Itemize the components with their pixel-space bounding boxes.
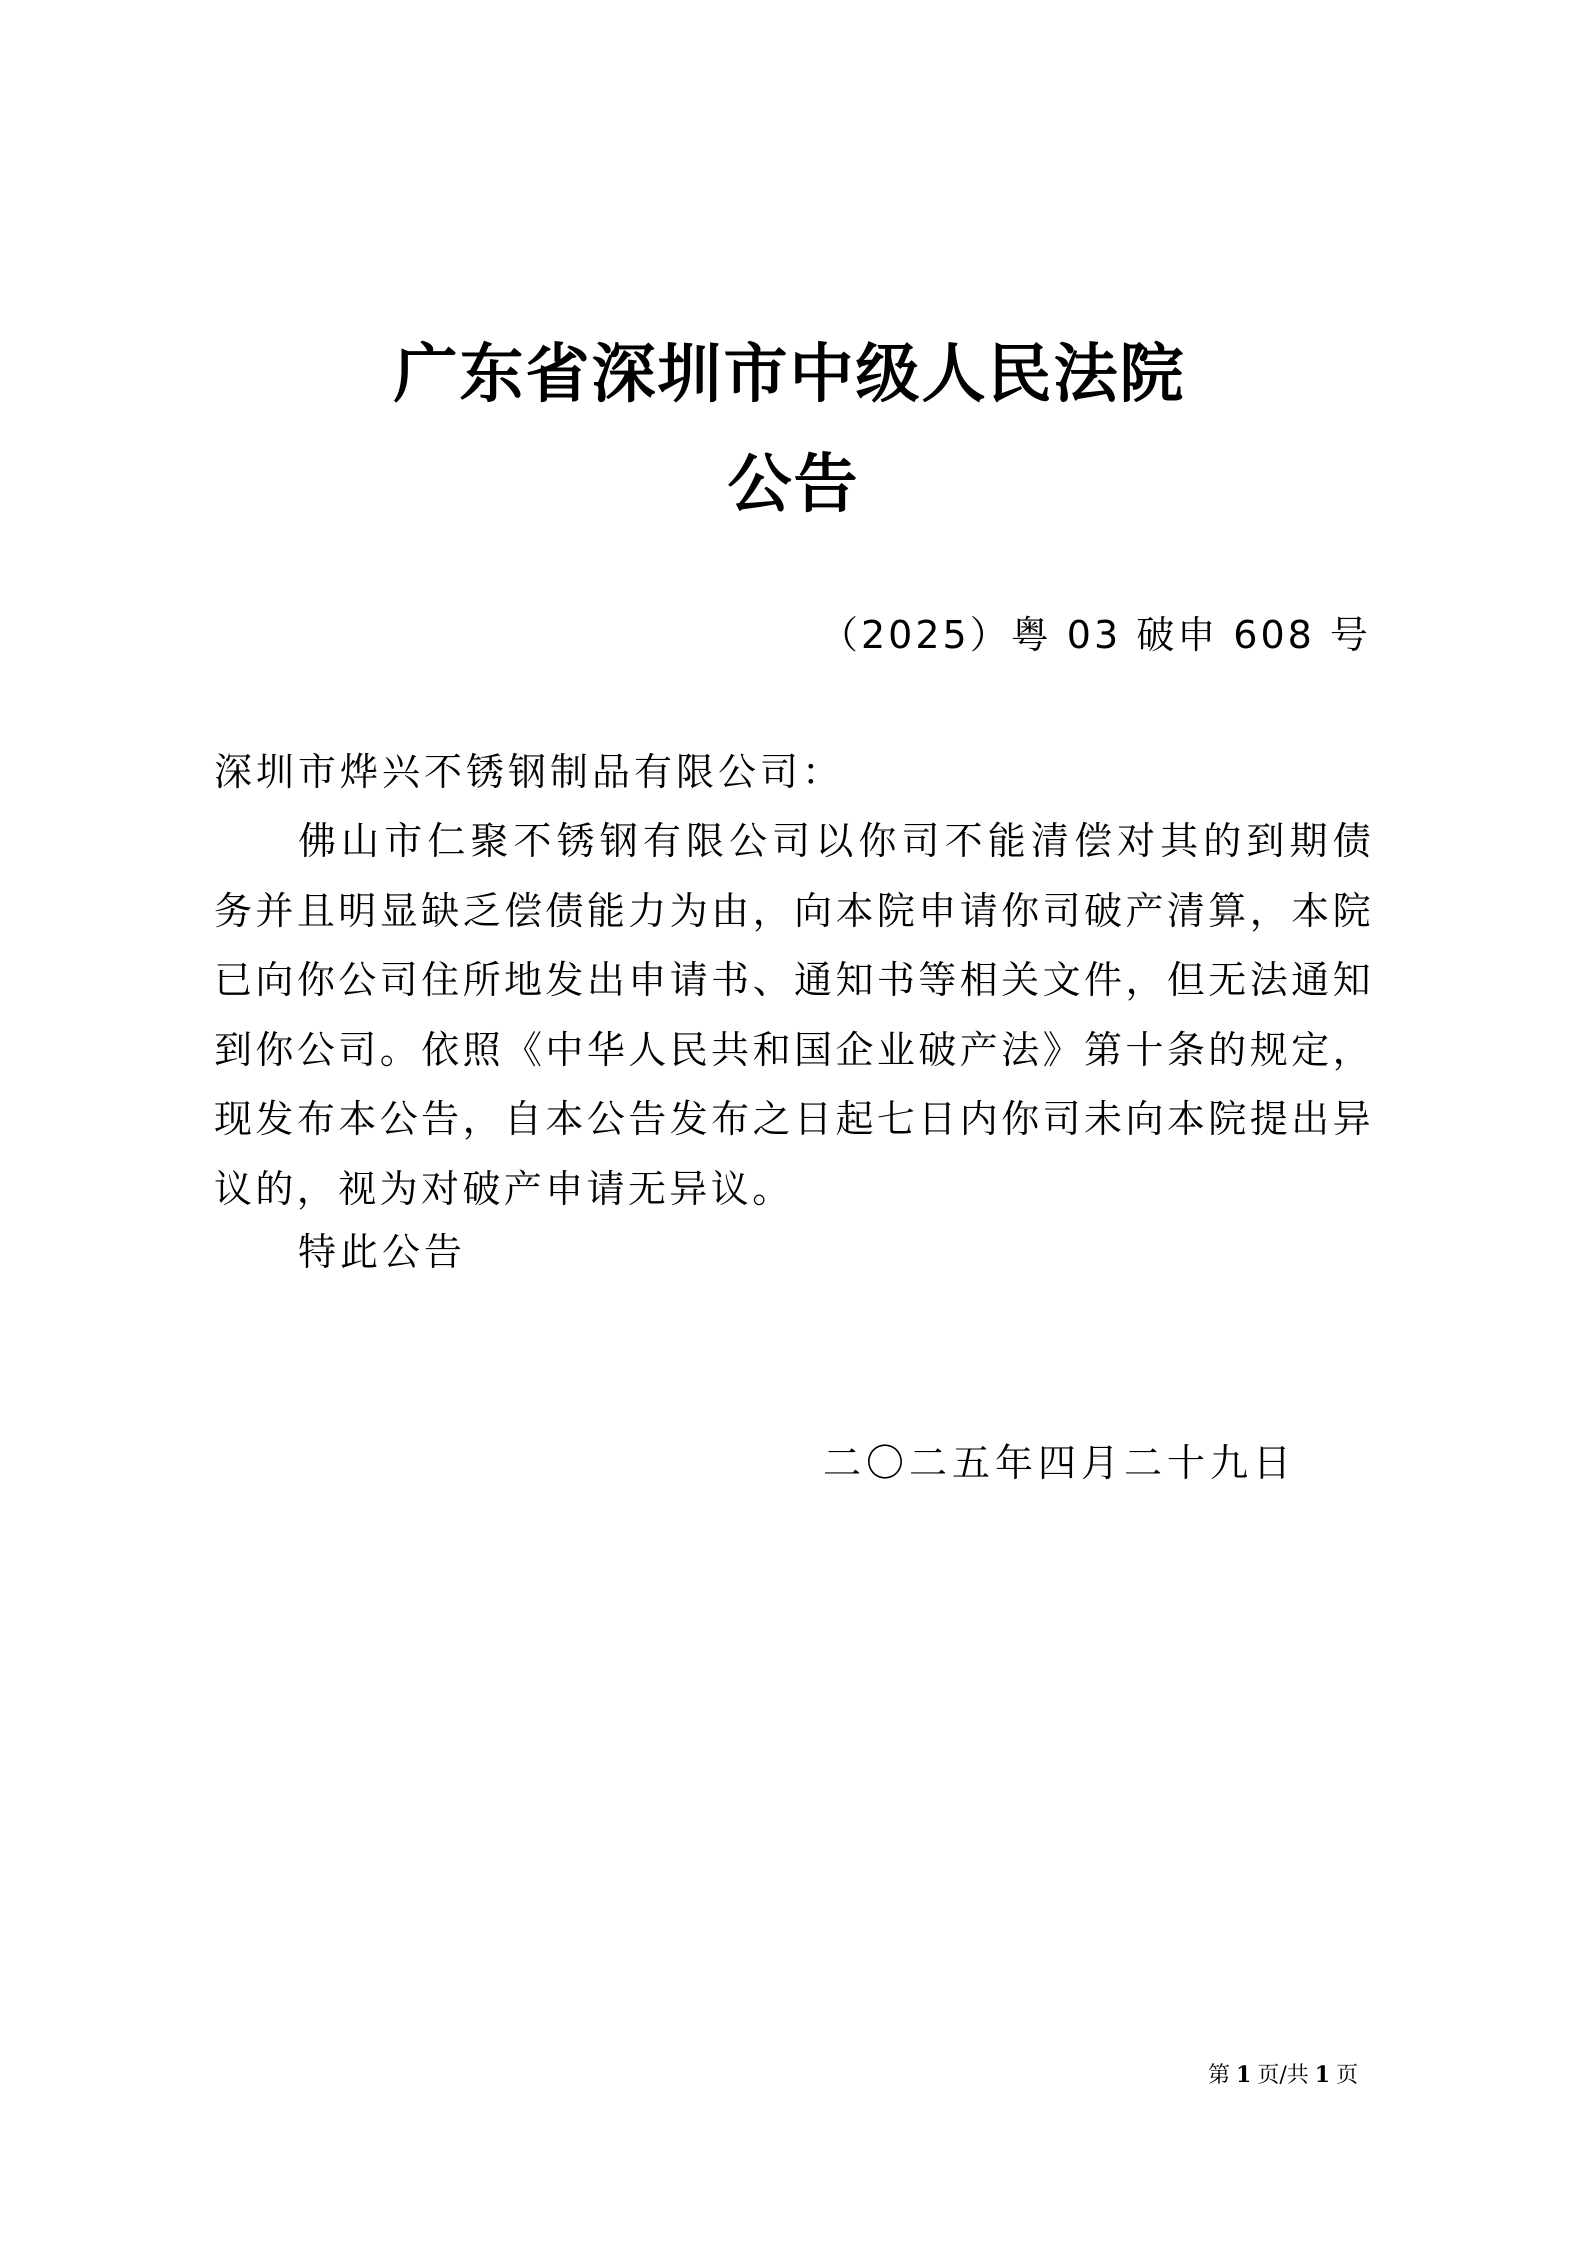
total-pages-number: 1	[1315, 2062, 1330, 2088]
page-number-footer: 第1页/共1页	[1208, 2060, 1358, 2091]
notice-body-paragraph: 佛山市仁聚不锈钢有限公司以你司不能清偿对其的到期债务并且明显缺乏偿债能力为由，向…	[214, 807, 1374, 1224]
case-number: （2025）粤 03 破申 608 号	[820, 610, 1371, 660]
document-page: 广东省深圳市中级人民法院 公告 （2025）粤 03 破申 608 号 深圳市烨…	[0, 0, 1587, 2245]
current-page-number: 1	[1236, 2062, 1251, 2088]
page-mid: 页/共	[1257, 2063, 1308, 2088]
issue-date: 二〇二五年四月二十九日	[823, 1438, 1296, 1488]
notice-title: 公告	[0, 445, 1587, 525]
court-name-heading: 广东省深圳市中级人民法院	[0, 335, 1583, 415]
addressee: 深圳市烨兴不锈钢制品有限公司：	[214, 738, 1374, 808]
page-prefix: 第	[1208, 2063, 1230, 2088]
closing-statement: 特此公告	[298, 1218, 466, 1287]
page-suffix: 页	[1336, 2063, 1358, 2088]
